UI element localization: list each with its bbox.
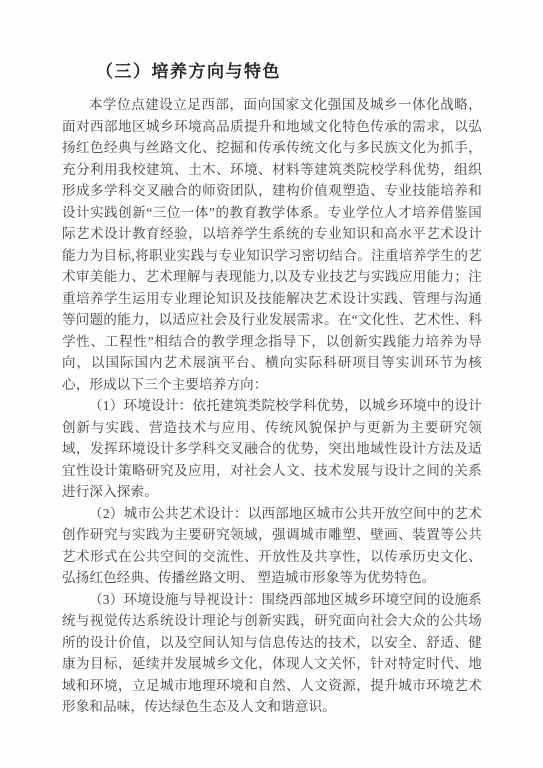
document-page: （三）培养方向与特色 本学位点建设立足西部，面向国家文化强国及城乡一体化战略，面…: [0, 0, 543, 768]
page-number: - 3 -: [62, 694, 482, 709]
document-content: （三）培养方向与特色 本学位点建设立足西部，面向国家文化强国及城乡一体化战略，面…: [62, 60, 482, 718]
body-paragraph-intro: 本学位点建设立足西部，面向国家文化强国及城乡一体化战略，面对西部地区城乡环境高品…: [62, 94, 482, 395]
body-paragraph-direction-1: （1）环境设计：依托建筑类院校学科优势，以城乡环境中的设计创新与实践、营造技术与…: [62, 395, 482, 503]
body-paragraph-direction-2: （2）城市公共艺术设计：以西部地区城市公共开放空间中的艺术创作研究与实践为主要研…: [62, 503, 482, 589]
section-heading: （三）培养方向与特色: [62, 60, 482, 84]
